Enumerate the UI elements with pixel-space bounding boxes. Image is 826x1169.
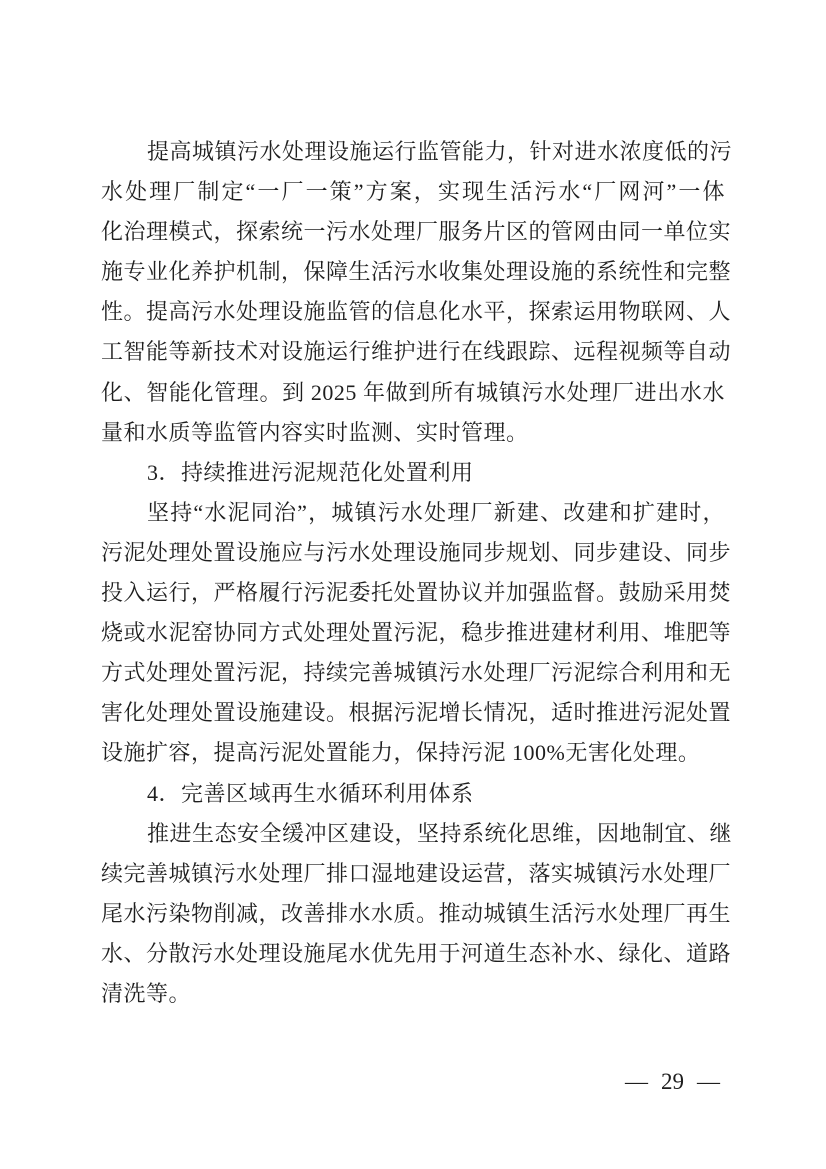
- text-line: 坚持“水泥同治”，城镇污水处理厂新建、改建和扩建时，: [101, 493, 725, 533]
- text-line: 推进生态安全缓冲区建设，坚持系统化思维，因地制宜、继: [101, 814, 725, 854]
- page-number: 29: [661, 1068, 684, 1096]
- text-line: 污泥处理处置设施应与污水处理设施同步规划、同步建设、同步: [101, 533, 725, 573]
- text-line: 化治理模式，探索统一污水处理厂服务片区的管网由同一单位实: [101, 212, 725, 252]
- paragraph-reclaimed-water: 推进生态安全缓冲区建设，坚持系统化思维，因地制宜、继 续完善城镇污水处理厂排口湿…: [101, 814, 725, 1014]
- text-line: 性。提高污水处理设施监管的信息化水平，探索运用物联网、人: [101, 292, 725, 332]
- text-line: 水、分散污水处理设施尾水优先用于河道生态补水、绿化、道路: [101, 934, 725, 974]
- text-line: 投入运行，严格履行污泥委托处置协议并加强监督。鼓励采用焚: [101, 573, 725, 613]
- text-line: 清洗等。: [101, 974, 725, 1014]
- text-line: 化、智能化管理。到 2025 年做到所有城镇污水处理厂进出水水: [101, 373, 725, 413]
- text-line: 方式处理处置污泥，持续完善城镇污水处理厂污泥综合利用和无: [101, 653, 725, 693]
- page-footer: — 29 —: [625, 1068, 720, 1096]
- paragraph-sludge: 坚持“水泥同治”，城镇污水处理厂新建、改建和扩建时， 污泥处理处置设施应与污水处…: [101, 493, 725, 774]
- text-line: 设施扩容，提高污泥处置能力，保持污泥 100%无害化处理。: [101, 733, 725, 773]
- text-line: 水处理厂制定“一厂一策”方案，实现生活污水“厂网河”一体: [101, 172, 725, 212]
- text-line: 续完善城镇污水处理厂排口湿地建设运营，落实城镇污水处理厂: [101, 854, 725, 894]
- text-line: 施专业化养护机制，保障生活污水收集处理设施的系统性和完整: [101, 252, 725, 292]
- text-line: 工智能等新技术对设施运行维护进行在线跟踪、远程视频等自动: [101, 332, 725, 372]
- text-line: 量和水质等监管内容实时监测、实时管理。: [101, 413, 725, 453]
- document-body: 提高城镇污水处理设施运行监管能力，针对进水浓度低的污 水处理厂制定“一厂一策”方…: [101, 132, 725, 1014]
- text-line: 提高城镇污水处理设施运行监管能力，针对进水浓度低的污: [101, 132, 725, 172]
- text-line: 烧或水泥窑协同方式处理处置污泥，稳步推进建材利用、堆肥等: [101, 613, 725, 653]
- text-line: 害化处理处置设施建设。根据污泥增长情况，适时推进污泥处置: [101, 693, 725, 733]
- paragraph-supervision: 提高城镇污水处理设施运行监管能力，针对进水浓度低的污 水处理厂制定“一厂一策”方…: [101, 132, 725, 453]
- document-page: 提高城镇污水处理设施运行监管能力，针对进水浓度低的污 水处理厂制定“一厂一策”方…: [0, 0, 826, 1169]
- section-heading-3-sludge-disposal: 3．持续推进污泥规范化处置利用: [101, 453, 725, 493]
- section-heading-4-reclaimed-water: 4．完善区域再生水循环利用体系: [101, 774, 725, 814]
- footer-dash-left: —: [625, 1068, 648, 1096]
- text-line: 尾水污染物削减，改善排水水质。推动城镇生活污水处理厂再生: [101, 894, 725, 934]
- footer-dash-right: —: [697, 1068, 720, 1096]
